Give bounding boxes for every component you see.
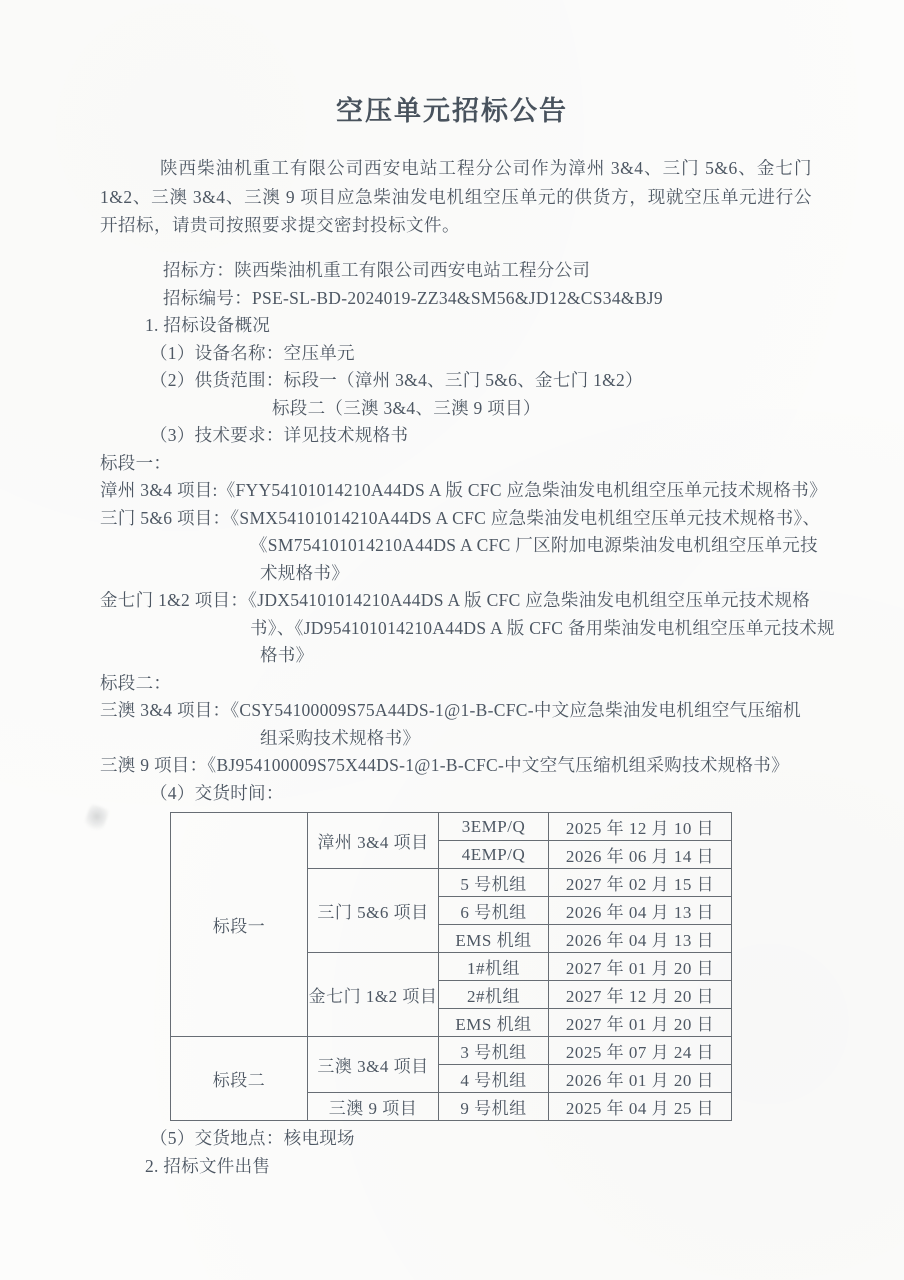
section-cell: 标段二 bbox=[171, 1037, 308, 1121]
table-row: 标段一 漳州 3&4 项目 3EMP/Q 2025 年 12 月 10 日 bbox=[171, 813, 732, 841]
unit-cell: 4 号机组 bbox=[439, 1065, 549, 1093]
project-cell: 三门 5&6 项目 bbox=[308, 869, 439, 953]
doc-line-tenderer: 招标方：陕西柴油机重工有限公司西安电站工程分公司 bbox=[100, 257, 812, 285]
doc-line-spec-jinqimen-1: 金七门 1&2 项目：《JDX54101014210A44DS A 版 CFC … bbox=[100, 587, 812, 615]
table-row: 标段二 三澳 3&4 项目 3 号机组 2025 年 07 月 24 日 bbox=[171, 1037, 732, 1065]
date-cell: 2026 年 06 月 14 日 bbox=[549, 841, 732, 869]
unit-cell: 1#机组 bbox=[439, 953, 549, 981]
section-cell: 标段一 bbox=[171, 813, 308, 1037]
document-body: 陕西柴油机重工有限公司西安电站工程分公司作为漳州 3&4、三门 5&6、金七门 … bbox=[100, 154, 812, 1180]
delivery-schedule-table: 标段一 漳州 3&4 项目 3EMP/Q 2025 年 12 月 10 日 4E… bbox=[170, 812, 732, 1121]
date-cell: 2026 年 01 月 20 日 bbox=[549, 1065, 732, 1093]
doc-line-spec-zhangzhou: 漳州 3&4 项目:《FYY54101014210A44DS A 版 CFC 应… bbox=[100, 477, 812, 505]
document-title: 空压单元招标公告 bbox=[0, 92, 904, 130]
project-cell: 金七门 1&2 项目 bbox=[308, 953, 439, 1037]
doc-line-spec-sanmen-2: 《SM754101014210A44DS A CFC 厂区附加电源柴油发电机组空… bbox=[100, 532, 812, 560]
doc-line-supply-scope-1: （2）供货范围：标段一（漳州 3&4、三门 5&6、金七门 1&2） bbox=[100, 367, 812, 395]
doc-line-lot2-heading: 标段二： bbox=[100, 670, 812, 698]
doc-line-tech-requirement: （3）技术要求：详见技术规格书 bbox=[100, 422, 812, 450]
doc-line-spec-sanmen-1: 三门 5&6 项目：《SMX54101014210A44DS A CFC 应急柴… bbox=[100, 505, 812, 533]
unit-cell: EMS 机组 bbox=[439, 1009, 549, 1037]
date-cell: 2027 年 02 月 15 日 bbox=[549, 869, 732, 897]
doc-line-spec-jinqimen-3: 格书》 bbox=[100, 642, 812, 670]
doc-line-section-2: 2. 招标文件出售 bbox=[100, 1153, 812, 1181]
date-cell: 2027 年 01 月 20 日 bbox=[549, 953, 732, 981]
date-cell: 2027 年 12 月 20 日 bbox=[549, 981, 732, 1009]
unit-cell: 6 号机组 bbox=[439, 897, 549, 925]
project-cell: 漳州 3&4 项目 bbox=[308, 813, 439, 869]
doc-line-delivery-place: （5）交货地点：核电现场 bbox=[100, 1125, 812, 1153]
date-cell: 2027 年 01 月 20 日 bbox=[549, 1009, 732, 1037]
unit-cell: 4EMP/Q bbox=[439, 841, 549, 869]
doc-line-delivery-time: （4）交货时间： bbox=[100, 780, 812, 808]
unit-cell: 3EMP/Q bbox=[439, 813, 549, 841]
unit-cell: 9 号机组 bbox=[439, 1093, 549, 1121]
intro-paragraph: 陕西柴油机重工有限公司西安电站工程分公司作为漳州 3&4、三门 5&6、金七门 … bbox=[100, 154, 812, 240]
unit-cell: 2#机组 bbox=[439, 981, 549, 1009]
doc-line-lot1-heading: 标段一： bbox=[100, 450, 812, 478]
doc-line-spec-sanao9: 三澳 9 项目：《BJ954100009S75X44DS-1@1-B-CFC-中… bbox=[100, 752, 812, 780]
project-cell: 三澳 9 项目 bbox=[308, 1093, 439, 1121]
scanned-document-page: 空压单元招标公告 陕西柴油机重工有限公司西安电站工程分公司作为漳州 3&4、三门… bbox=[0, 0, 904, 1280]
date-cell: 2026 年 04 月 13 日 bbox=[549, 897, 732, 925]
doc-line-spec-sanao34-2: 组采购技术规格书》 bbox=[100, 725, 812, 753]
doc-line-supply-scope-2: 标段二（三澳 3&4、三澳 9 项目） bbox=[100, 395, 812, 423]
unit-cell: 3 号机组 bbox=[439, 1037, 549, 1065]
unit-cell: 5 号机组 bbox=[439, 869, 549, 897]
doc-line-spec-sanao34-1: 三澳 3&4 项目：《CSY54100009S75A44DS-1@1-B-CFC… bbox=[100, 697, 812, 725]
date-cell: 2025 年 12 月 10 日 bbox=[549, 813, 732, 841]
project-cell: 三澳 3&4 项目 bbox=[308, 1037, 439, 1093]
doc-line-spec-sanmen-3: 术规格书》 bbox=[100, 560, 812, 588]
date-cell: 2026 年 04 月 13 日 bbox=[549, 925, 732, 953]
doc-line-spec-jinqimen-2: 书》、《JD954101014210A44DS A 版 CFC 备用柴油发电机组… bbox=[100, 615, 812, 643]
date-cell: 2025 年 07 月 24 日 bbox=[549, 1037, 732, 1065]
doc-line-tender-number: 招标编号：PSE-SL-BD-2024019-ZZ34&SM56&JD12&CS… bbox=[100, 285, 812, 313]
doc-line-equipment-name: （1）设备名称：空压单元 bbox=[100, 340, 812, 368]
doc-line-section-1: 1. 招标设备概况 bbox=[100, 312, 812, 340]
date-cell: 2025 年 04 月 25 日 bbox=[549, 1093, 732, 1121]
unit-cell: EMS 机组 bbox=[439, 925, 549, 953]
